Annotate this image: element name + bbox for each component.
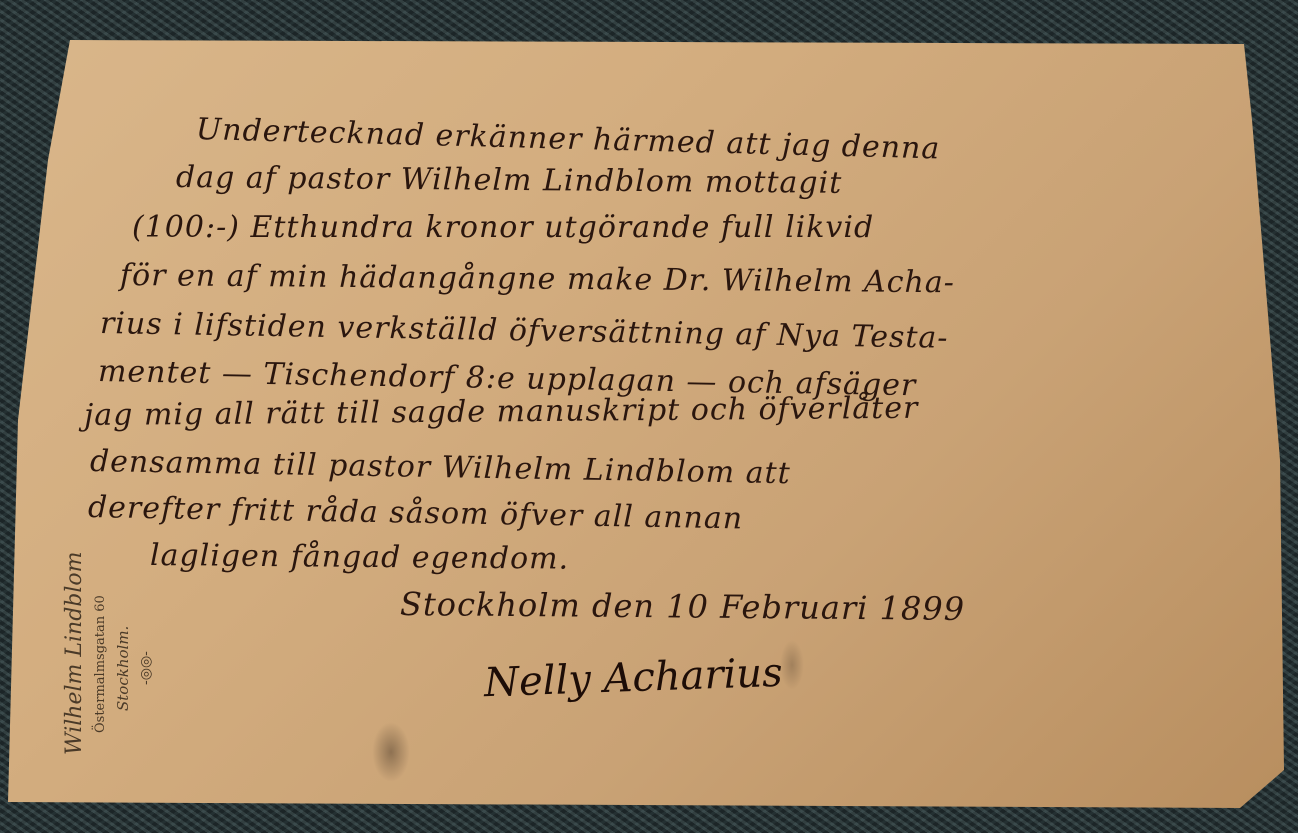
text-line-2: dag af pastor Wilhelm Lindblom mottagit [176,160,843,201]
text-line-7: jag mig all rätt till sagde manuskript o… [84,391,919,433]
text-line-3: (100:-) Etthundra kronor utgörande full … [132,210,874,245]
paper-stain [372,722,410,782]
stamp-address: Östermalmsgatan 60 [93,552,108,734]
text-line-4: för en af min hädangångne make Dr. Wilhe… [120,258,955,300]
letterhead-stamp: Wilhelm Lindblom Östermalmsgatan 60 Stoc… [62,552,154,756]
paper-stain [780,640,804,690]
stamp-city: Stockholm. [114,552,132,712]
ornament-icon: -◎◎- [138,552,154,686]
place-date-line: Stockholm den 10 Februari 1899 [400,585,965,628]
text-line-10: lagligen fångad egendom. [150,538,569,577]
stamp-name: Wilhelm Lindblom [62,552,87,756]
